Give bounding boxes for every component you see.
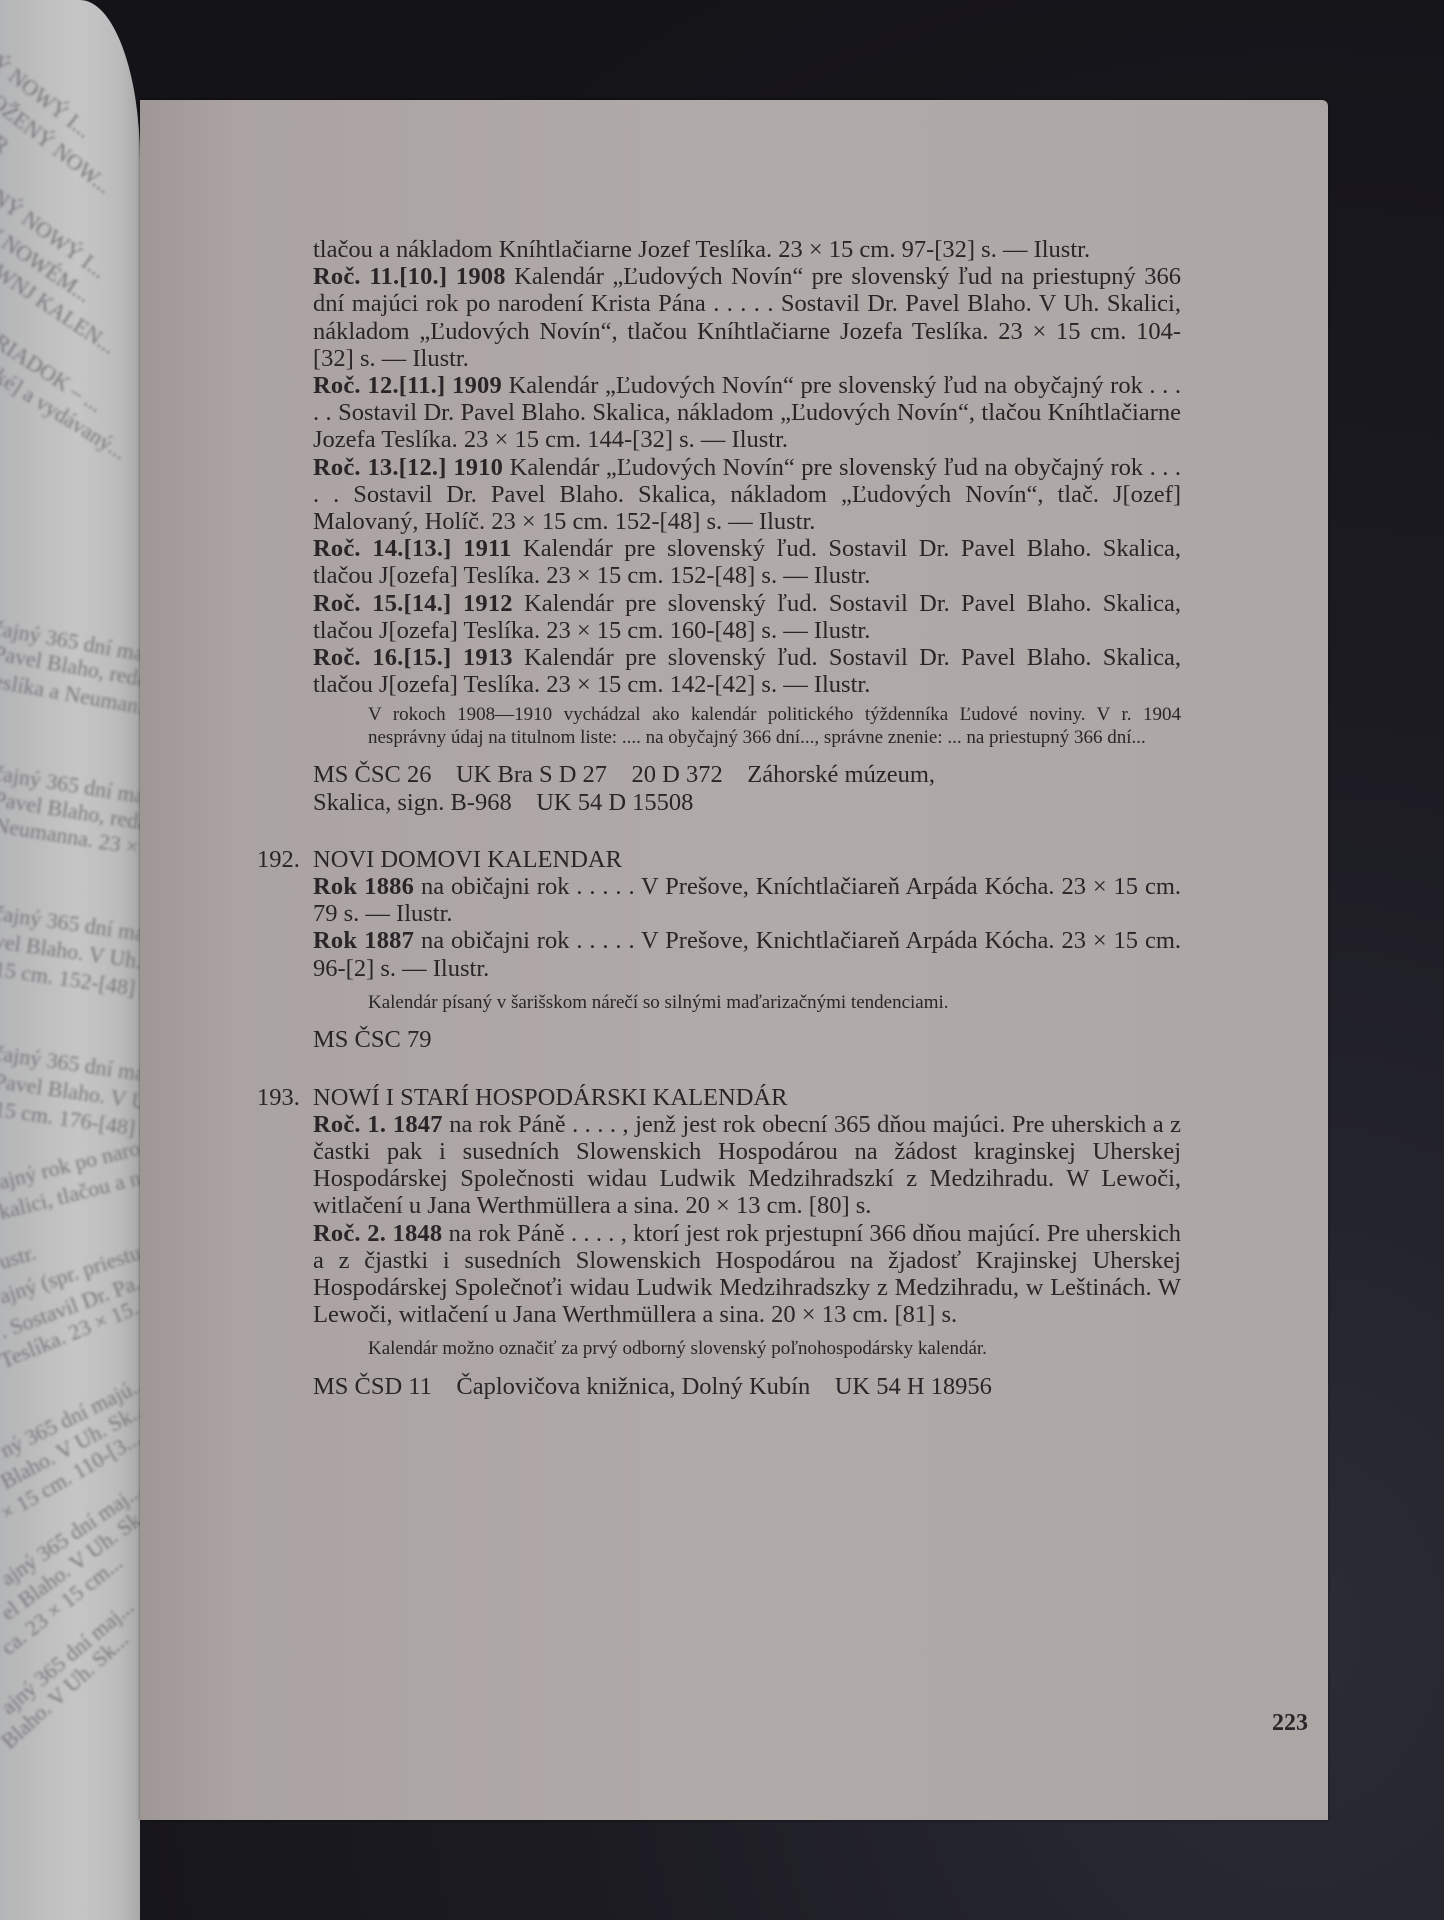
- left-page-edge: NÝ NOWÝ I... LOŽENÝ NOW... ÁR ČNÝ NOWÝ I…: [0, 0, 140, 1920]
- entry-heading: 193. NOWÍ I STARÍ HOSPODÁRSKI KALENDÁR: [313, 1084, 1181, 1111]
- volume-entry: Roč. 11.[10.] 1908 Kalendár „Ľudových No…: [313, 263, 1181, 372]
- volume-entry: Roč. 12.[11.] 1909 Kalendár „Ľudových No…: [313, 372, 1181, 454]
- volume-entry: Roč. 1. 1847 na rok Páně . . . . , jenž …: [313, 1111, 1181, 1220]
- volume-label: Rok 1887: [313, 927, 414, 954]
- volume-entry: Roč. 14.[13.] 1911 Kalendár pre slovensk…: [313, 535, 1181, 589]
- holdings-line: MS ČSD 11 Čaplovičova knižnica, Dolný Ku…: [313, 1373, 1181, 1400]
- volume-entry: Roč. 15.[14.] 1912 Kalendár pre slovensk…: [313, 590, 1181, 644]
- volume-label: Roč. 12.[11.] 1909: [313, 372, 502, 399]
- holdings-line: MS ČSC 79: [313, 1026, 1181, 1053]
- volume-label: Roč. 2. 1848: [313, 1220, 442, 1247]
- entry-number: 192.: [257, 846, 300, 873]
- volume-text: na rok Páně . . . . , ktorí jest rok prj…: [313, 1220, 1181, 1329]
- volume-text: na običajni rok . . . . . V Prešove, Kní…: [313, 873, 1181, 927]
- volume-entry: Rok 1887 na običajni rok . . . . . V Pre…: [313, 927, 1181, 981]
- entry-title: NOWÍ I STARÍ HOSPODÁRSKI KALENDÁR: [313, 1084, 787, 1111]
- volume-label: Roč. 11.[10.] 1908: [313, 263, 506, 290]
- holdings-line: MS ČSC 26 UK Bra S D 27 20 D 372 Záhorsk…: [313, 761, 1181, 815]
- continuation-line: tlačou a nákladom Kníhtlačiarne Jozef Te…: [313, 236, 1181, 263]
- entry-note: V rokoch 1908—1910 vychádzal ako kalendá…: [368, 704, 1181, 749]
- volume-label: Roč. 16.[15.] 1913: [313, 644, 513, 671]
- left-page-fragment: ustr.: [0, 1240, 39, 1275]
- entry-note: Kalendár možno označiť za prvý odborný s…: [368, 1338, 1181, 1361]
- volume-label: Roč. 13.[12.] 1910: [313, 454, 503, 481]
- entry-title: NOVI DOMOVI KALENDAR: [313, 846, 622, 873]
- entry-heading: 192. NOVI DOMOVI KALENDAR: [313, 846, 1181, 873]
- volume-entry: Rok 1886 na običajni rok . . . . . V Pre…: [313, 873, 1181, 927]
- volume-entry: Roč. 2. 1848 na rok Páně . . . . , ktorí…: [313, 1220, 1181, 1329]
- volume-text: na običajni rok . . . . . V Prešove, Kni…: [313, 927, 1181, 981]
- volume-label: Rok 1886: [313, 873, 414, 900]
- volume-text: na rok Páně . . . . , jenž jest rok obec…: [313, 1111, 1181, 1220]
- book-page: tlačou a nákladom Kníhtlačiarne Jozef Te…: [140, 100, 1328, 1820]
- volume-label: Roč. 1. 1847: [313, 1111, 443, 1138]
- page-body: tlačou a nákladom Kníhtlačiarne Jozef Te…: [313, 236, 1181, 1400]
- entry-number: 193.: [257, 1084, 300, 1111]
- volume-entry: Roč. 13.[12.] 1910 Kalendár „Ľudových No…: [313, 454, 1181, 536]
- entry-note: Kalendár písaný v šarišskom nárečí so si…: [368, 992, 1181, 1015]
- volume-label: Roč. 15.[14.] 1912: [313, 590, 513, 617]
- volume-label: Roč. 14.[13.] 1911: [313, 535, 512, 562]
- volume-entry: Roč. 16.[15.] 1913 Kalendár pre slovensk…: [313, 644, 1181, 698]
- page-number: 223: [1272, 1710, 1308, 1737]
